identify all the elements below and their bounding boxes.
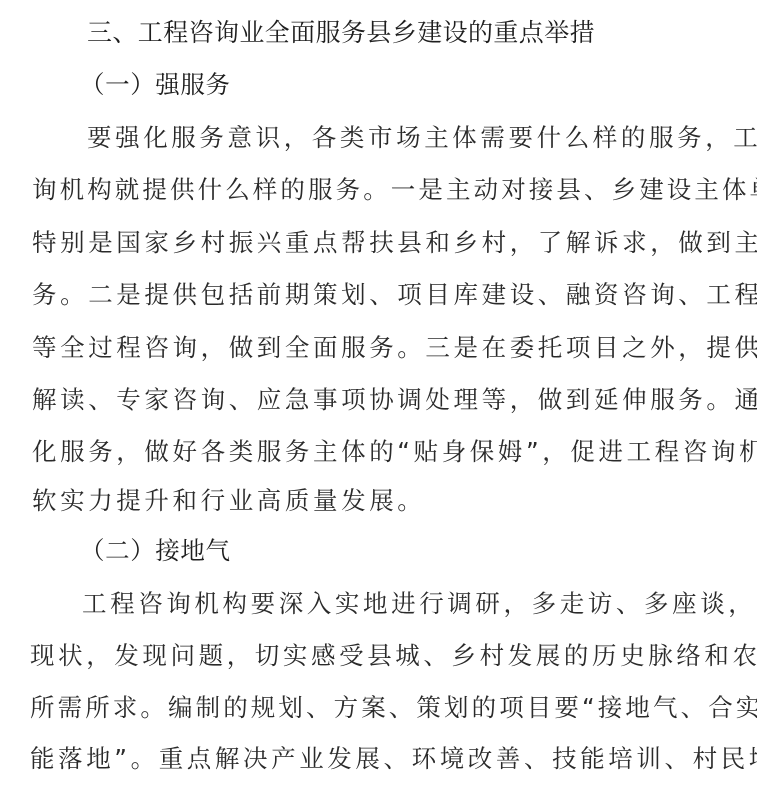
paragraph-line: 工程咨询机构要深入实地进行调研，多走访、多座谈，了解: [82, 589, 757, 619]
paragraph-line: 特别是国家乡村振兴重点帮扶县和乡村，了解诉求，做到主动服: [32, 228, 757, 258]
paragraph-line: 务。二是提供包括前期策划、项目库建设、融资咨询、工程管理: [32, 280, 757, 310]
paragraph-line: 现状，发现问题，切实感受县城、乡村发展的历史脉络和农民的: [30, 641, 757, 671]
section-heading: 三、工程咨询业全面服务县乡建设的重点举措: [87, 18, 595, 48]
paragraph-line: 软实力提升和行业高质量发展。: [32, 486, 425, 516]
paragraph-line: 解读、专家咨询、应急事项协调处理等，做到延伸服务。通过强: [32, 385, 757, 415]
paragraph-line: 化服务，做好各类服务主体的“贴身保姆”，促进工程咨询机构: [32, 437, 757, 467]
paragraph-line: 能落地”。重点解决产业发展、环境改善、技能培训、村民增收: [30, 744, 757, 774]
paragraph-line: 要强化服务意识，各类市场主体需要什么样的服务，工程咨: [87, 123, 757, 153]
subsection-heading-2: （二）接地气: [80, 536, 231, 566]
paragraph-line: 等全过程咨询，做到全面服务。三是在委托项目之外，提供政策: [32, 333, 757, 363]
subsection-heading-1: （一）强服务: [80, 70, 231, 100]
paragraph-line: 所需所求。编制的规划、方案、策划的项目要“接地气、合实际、: [30, 693, 757, 723]
paragraph-line: 询机构就提供什么样的服务。一是主动对接县、乡建设主体单位，: [32, 175, 757, 205]
